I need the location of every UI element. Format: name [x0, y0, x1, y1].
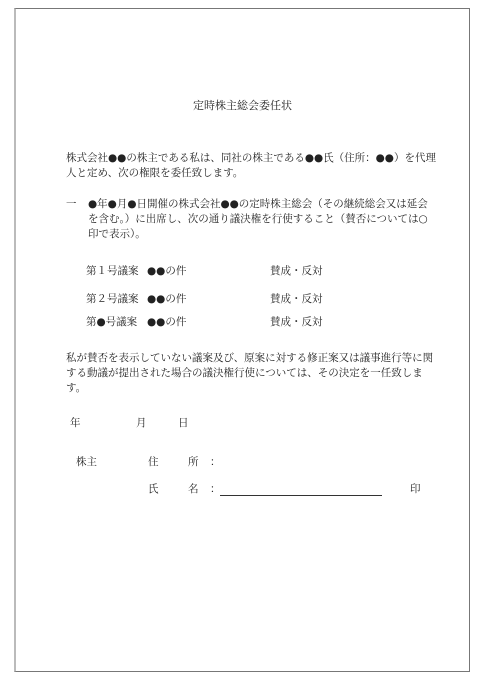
proposal-3-number: 第●号議案	[86, 315, 137, 330]
proposal-1-vote: 賛成・反対	[270, 264, 323, 279]
name-signature-line[interactable]	[218, 481, 382, 496]
proposal-1-name: ●●の件	[147, 264, 186, 279]
address-label-2: 所	[188, 455, 199, 470]
closing-paragraph: 私が賛否を表示していない議案及び、原案に対する修正案又は議事進行等に関する動議が…	[66, 351, 436, 396]
item-text: ●年●月●日開催の株式会社●●の定時株主総会（その継続総会又は延会を含む。）に出…	[88, 197, 438, 242]
proposal-3-vote: 賛成・反対	[270, 315, 323, 330]
proposal-2-name: ●●の件	[147, 292, 186, 307]
shareholder-label: 株主	[76, 455, 97, 470]
name-label-1: 氏	[148, 482, 159, 497]
address-colon: ：	[210, 455, 221, 470]
date-day: 日	[178, 416, 189, 431]
proposal-2-number: 第２号議案	[86, 292, 139, 307]
address-label-1: 住	[148, 455, 159, 470]
proposal-3-name: ●●の件	[147, 315, 186, 330]
item-marker: 一	[66, 197, 77, 212]
intro-paragraph: 株式会社●●の株主である私は、同社の株主である●●氏（住所：●●）を代理人と定め…	[66, 151, 436, 181]
proposal-1-number: 第１号議案	[86, 264, 139, 279]
document-page: 定時株主総会委任状 株式会社●●の株主である私は、同社の株主である●●氏（住所：…	[14, 8, 470, 672]
date-year: 年	[70, 416, 81, 431]
name-label-2: 名	[188, 482, 199, 497]
proposal-2-vote: 賛成・反対	[270, 292, 323, 307]
seal-mark: 印	[410, 482, 421, 497]
date-month: 月	[136, 416, 147, 431]
document-title: 定時株主総会委任状	[16, 98, 469, 113]
